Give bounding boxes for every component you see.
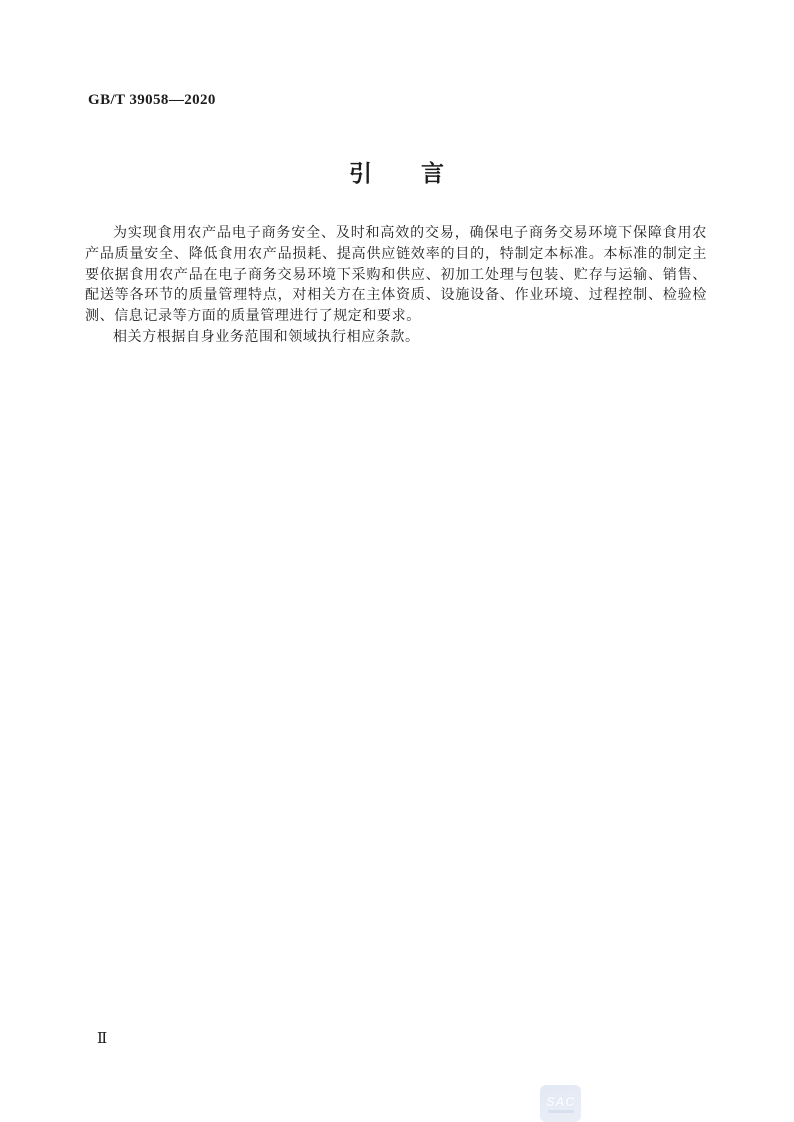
sac-logo-text: SAC <box>546 1095 575 1108</box>
standard-number: GB/T 39058—2020 <box>88 92 216 109</box>
page-number: Ⅱ <box>97 1029 107 1048</box>
body-text: 为实现食用农产品电子商务安全、及时和高效的交易，确保电子商务交易环境下保障食用农… <box>85 224 707 349</box>
sac-watermark-badge: SAC <box>540 1085 581 1122</box>
document-page: GB/T 39058—2020 引 言 为实现食用农产品电子商务安全、及时和高效… <box>0 0 794 1122</box>
section-title: 引 言 <box>0 157 794 189</box>
paragraph-2: 相关方根据自身业务范围和领域执行相应条款。 <box>85 328 707 349</box>
paragraph-1: 为实现食用农产品电子商务安全、及时和高效的交易，确保电子商务交易环境下保障食用农… <box>85 224 707 328</box>
sac-logo-swoosh-icon <box>548 1110 574 1113</box>
